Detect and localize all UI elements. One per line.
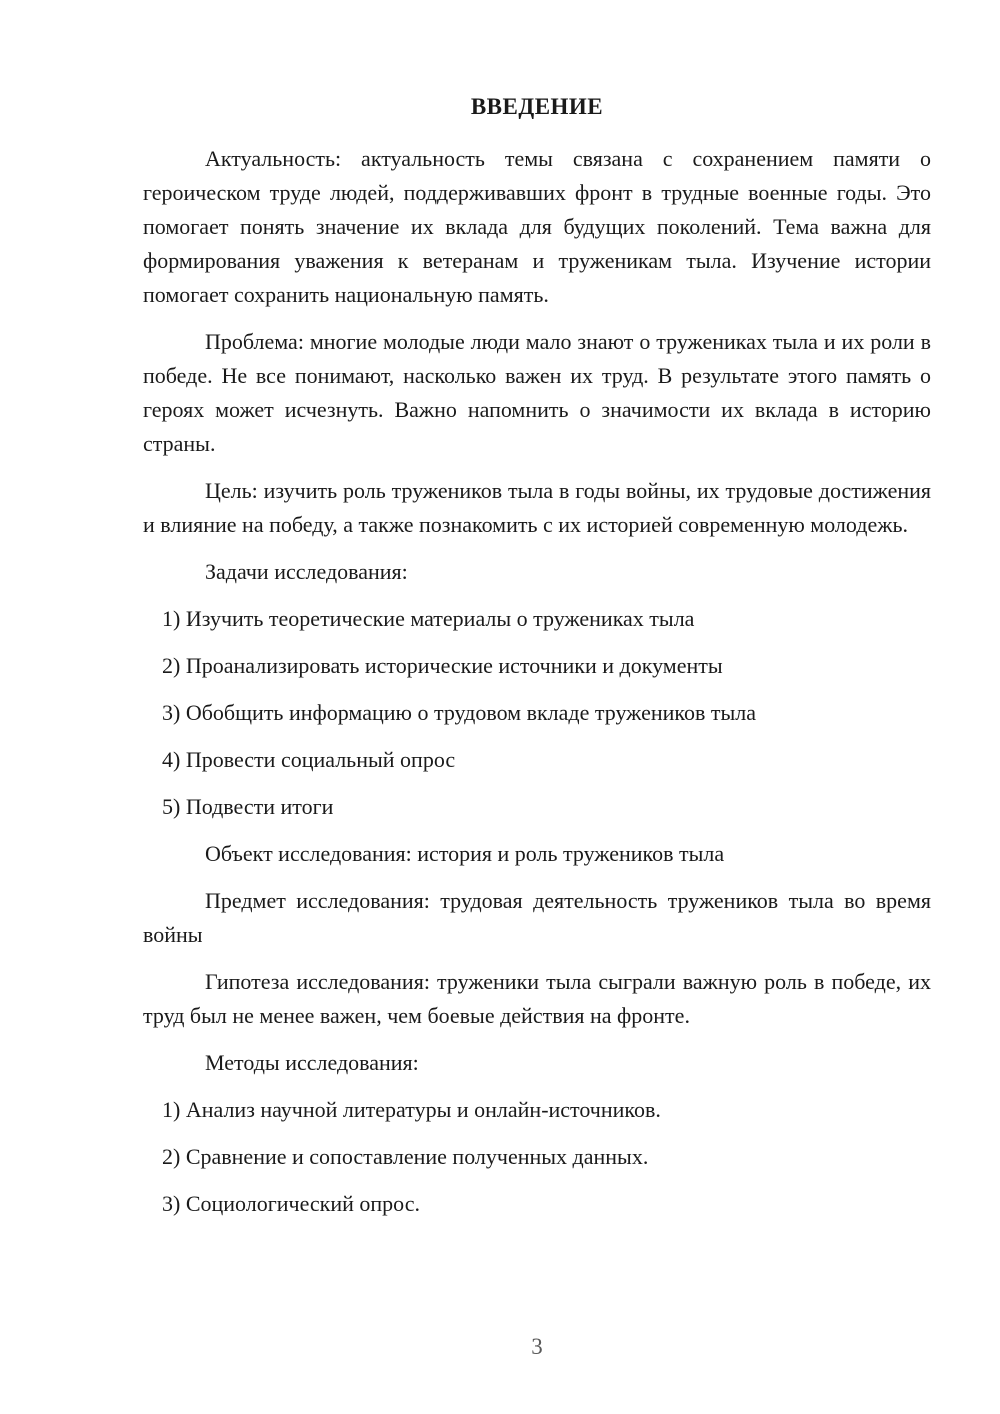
method-item-3: 3) Социологический опрос. <box>143 1187 931 1221</box>
task-item-1: 1) Изучить теоретические материалы о тру… <box>143 602 931 636</box>
page-title: ВВЕДЕНИЕ <box>143 90 931 124</box>
paragraph-subject: Предмет исследования: трудовая деятельно… <box>143 884 931 952</box>
task-item-3: 3) Обобщить информацию о трудовом вкладе… <box>143 696 931 730</box>
page-number: 3 <box>143 1330 931 1364</box>
paragraph-goal: Цель: изучить роль тружеников тыла в год… <box>143 474 931 542</box>
methods-heading: Методы исследования: <box>143 1046 931 1080</box>
method-item-1: 1) Анализ научной литературы и онлайн-ис… <box>143 1093 931 1127</box>
paragraph-hypothesis: Гипотеза исследования: труженики тыла сы… <box>143 965 931 1033</box>
method-item-2: 2) Сравнение и сопоставление полученных … <box>143 1140 931 1174</box>
task-item-4: 4) Провести социальный опрос <box>143 743 931 777</box>
paragraph-object: Объект исследования: история и роль труж… <box>143 837 931 871</box>
paragraph-problem: Проблема: многие молодые люди мало знают… <box>143 325 931 461</box>
paragraph-relevance: Актуальность: актуальность темы связана … <box>143 142 931 312</box>
tasks-heading: Задачи исследования: <box>143 555 931 589</box>
task-item-2: 2) Проанализировать исторические источни… <box>143 649 931 683</box>
task-item-5: 5) Подвести итоги <box>143 790 931 824</box>
document-page: ВВЕДЕНИЕ Актуальность: актуальность темы… <box>0 0 1000 1414</box>
